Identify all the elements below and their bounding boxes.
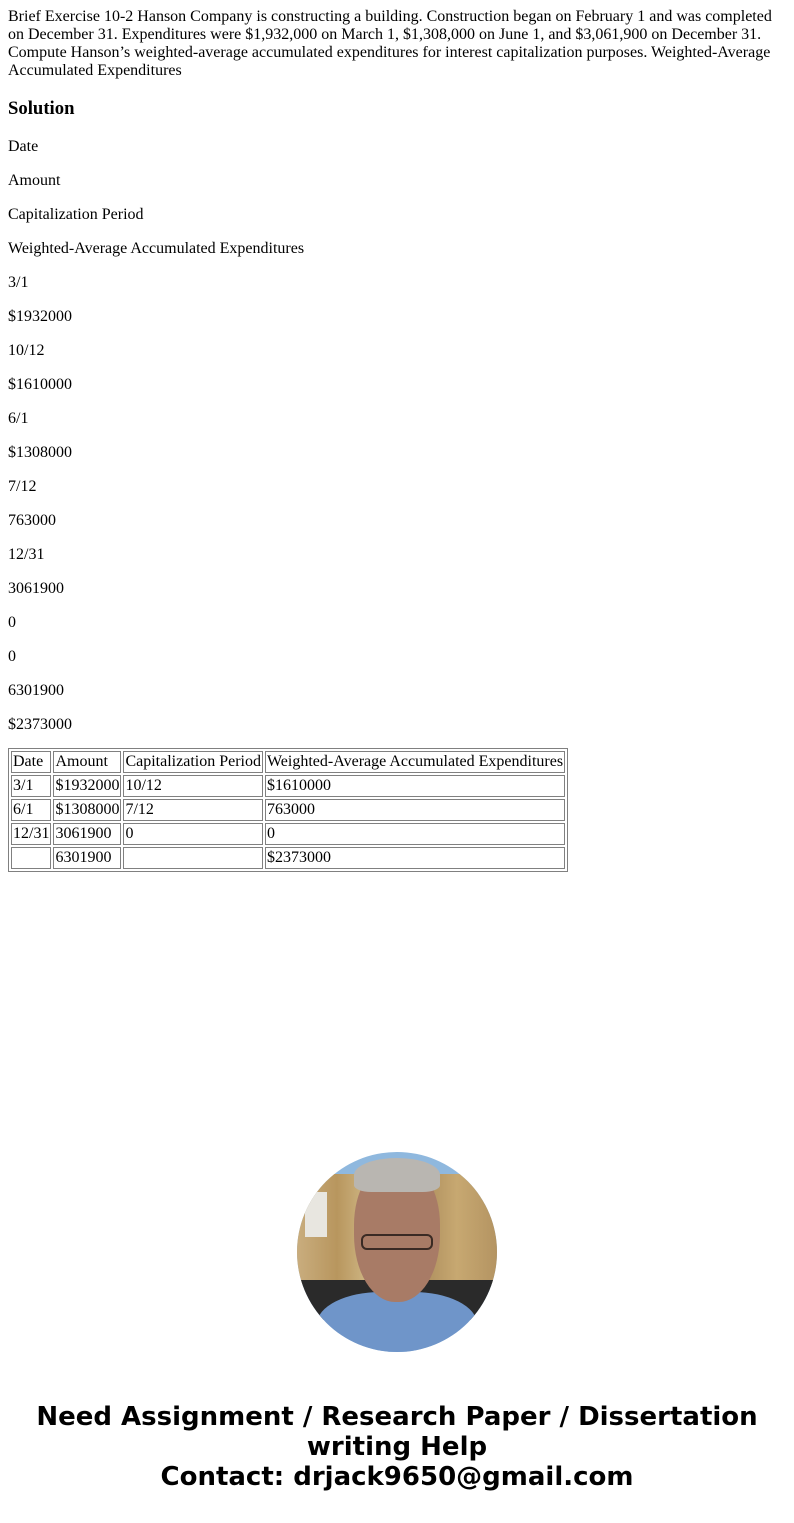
solution-table: Date Amount Capitalization Period Weight…	[8, 748, 568, 872]
table-cell: 6/1	[11, 799, 51, 821]
table-cell: 3061900	[53, 823, 121, 845]
flat-line: 0	[8, 648, 786, 666]
flat-lines: Date Amount Capitalization Period Weight…	[8, 138, 786, 734]
table-header-row: Date Amount Capitalization Period Weight…	[11, 751, 565, 773]
flat-line: 3/1	[8, 274, 786, 292]
flat-line: Date	[8, 138, 786, 156]
header-cell: Date	[11, 751, 51, 773]
table-cell	[123, 847, 263, 869]
flat-line: $1932000	[8, 308, 786, 326]
table-cell: 3/1	[11, 775, 51, 797]
table-row: 12/31 3061900 0 0	[11, 823, 565, 845]
flat-line: Amount	[8, 172, 786, 190]
table-cell: $1932000	[53, 775, 121, 797]
header-cell: Amount	[53, 751, 121, 773]
flat-line: Weighted-Average Accumulated Expenditure…	[8, 240, 786, 258]
avatar-photo-icon	[297, 1152, 497, 1352]
flat-line: 763000	[8, 512, 786, 530]
table-cell: $2373000	[265, 847, 565, 869]
flat-line: $1308000	[8, 444, 786, 462]
flat-line: $1610000	[8, 376, 786, 394]
table-row: 3/1 $1932000 10/12 $1610000	[11, 775, 565, 797]
table-total-row: 6301900 $2373000	[11, 847, 565, 869]
table-cell: 0	[123, 823, 263, 845]
document-body: Brief Exercise 10-2 Hanson Company is co…	[0, 0, 794, 880]
promo-text: Need Assignment / Research Paper / Disse…	[0, 1402, 794, 1492]
table-cell: 12/31	[11, 823, 51, 845]
question-text: Brief Exercise 10-2 Hanson Company is co…	[8, 8, 786, 80]
promo-banner: Need Assignment / Research Paper / Disse…	[0, 1152, 794, 1492]
table-cell: 763000	[265, 799, 565, 821]
flat-line: 10/12	[8, 342, 786, 360]
flat-line: 6301900	[8, 682, 786, 700]
solution-heading: Solution	[8, 98, 786, 120]
table-row: 6/1 $1308000 7/12 763000	[11, 799, 565, 821]
table-cell: 6301900	[53, 847, 121, 869]
promo-line-2: writing Help	[0, 1432, 794, 1462]
table-cell: $1610000	[265, 775, 565, 797]
table-cell	[11, 847, 51, 869]
flat-line: Capitalization Period	[8, 206, 786, 224]
table-cell: $1308000	[53, 799, 121, 821]
flat-line: 0	[8, 614, 786, 632]
flat-line: 6/1	[8, 410, 786, 428]
flat-line: $2373000	[8, 716, 786, 734]
table-cell: 0	[265, 823, 565, 845]
promo-contact: Contact: drjack9650@gmail.com	[0, 1462, 794, 1492]
header-cell: Capitalization Period	[123, 751, 263, 773]
flat-line: 12/31	[8, 546, 786, 564]
promo-line-1: Need Assignment / Research Paper / Disse…	[0, 1402, 794, 1432]
flat-line: 3061900	[8, 580, 786, 598]
flat-line: 7/12	[8, 478, 786, 496]
table-cell: 7/12	[123, 799, 263, 821]
table-cell: 10/12	[123, 775, 263, 797]
header-cell: Weighted-Average Accumulated Expenditure…	[265, 751, 565, 773]
